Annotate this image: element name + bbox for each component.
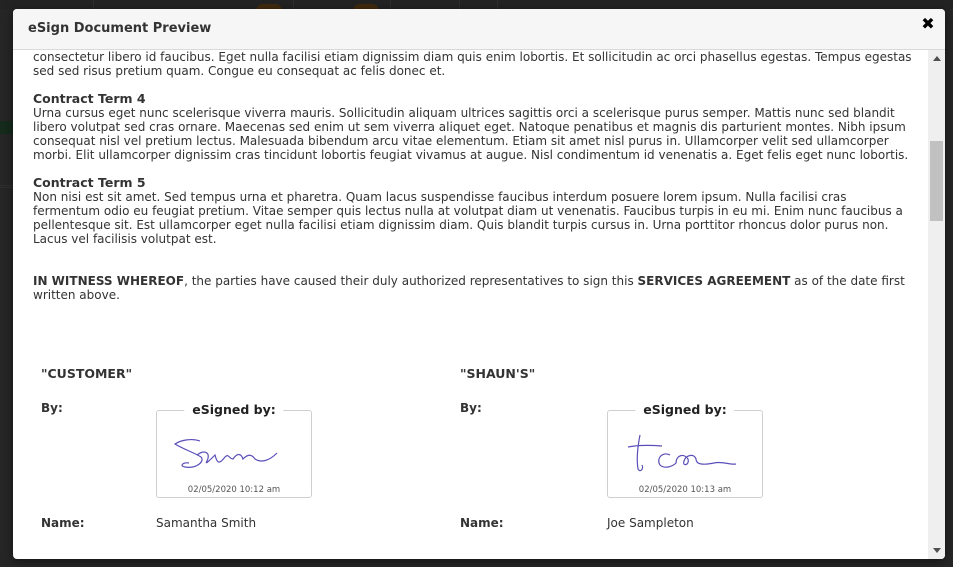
signature-block-customer: "CUSTOMER" By: eSigned by: 02/05/2020 10… [41,367,132,381]
close-button[interactable]: ✖ [920,15,936,33]
document-paragraph: consectetur libero id faucibus. Eget nul… [33,50,913,78]
witness-text: , the parties have caused their duly aut… [184,274,637,288]
by-label: By: [460,401,482,415]
esignature-box: eSigned by: 02/05/2020 10:12 am [156,410,312,498]
handwritten-signature-icon [167,429,302,479]
esignature-box: eSigned by: 02/05/2020 10:13 am [607,410,763,498]
contract-term-title: Contract Term 4 [33,92,913,106]
witness-clause: IN WITNESS WHEREOF, the parties have cau… [33,274,913,302]
handwritten-signature-icon [618,429,753,479]
esigned-by-legend: eSigned by: [184,403,283,417]
name-label: Name: [41,516,85,530]
contract-term-title: Contract Term 5 [33,176,913,190]
signer-name: Joe Sampleton [607,516,694,530]
signer-name: Samantha Smith [156,516,256,530]
esigned-by-legend: eSigned by: [635,403,734,417]
signature-timestamp: 02/05/2020 10:12 am [157,483,311,497]
modal-title: eSign Document Preview [28,21,211,36]
witness-lead: IN WITNESS WHEREOF [33,274,184,288]
party-label: "SHAUN'S" [460,367,535,381]
agreement-name: SERVICES AGREEMENT [638,274,791,288]
contract-term: Contract Term 4 Urna cursus eget nunc sc… [33,92,913,162]
signature-block-shauns: "SHAUN'S" By: eSigned by: 02/05/2020 10:… [460,367,535,381]
document-viewport[interactable]: consectetur libero id faucibus. Eget nul… [13,50,928,559]
name-label: Name: [460,516,504,530]
scroll-down-arrow-icon[interactable] [928,543,945,559]
by-label: By: [41,401,63,415]
modal-header: eSign Document Preview ✖ [13,9,945,50]
contract-term-body: Urna cursus eget nunc scelerisque viverr… [33,106,913,162]
signature-timestamp: 02/05/2020 10:13 am [608,483,762,497]
contract-term: Contract Term 5 Non nisi est sit amet. S… [33,176,913,246]
scroll-up-arrow-icon[interactable] [928,50,945,66]
esign-preview-modal: eSign Document Preview ✖ consectetur lib… [13,9,945,559]
contract-term-body: Non nisi est sit amet. Sed tempus urna e… [33,190,913,246]
document-content: consectetur libero id faucibus. Eget nul… [33,50,913,302]
close-icon: ✖ [921,14,934,33]
scrollbar-thumb[interactable] [930,141,943,221]
vertical-scrollbar[interactable] [928,50,945,559]
party-label: "CUSTOMER" [41,367,132,381]
